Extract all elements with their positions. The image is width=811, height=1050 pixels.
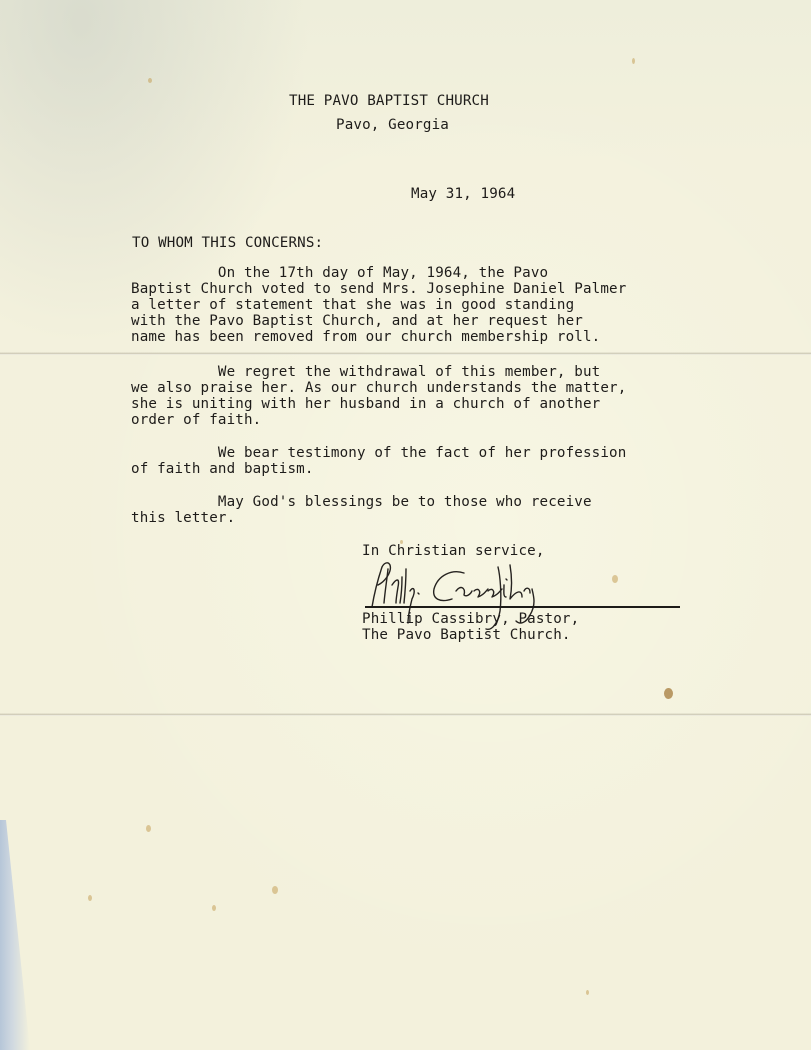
paragraph-line: we also praise her. As our church unders… [131,380,626,396]
underlying-page-edge [0,820,30,1050]
foxing-spot [612,575,618,583]
foxing-spot [146,825,151,832]
letter-date: May 31, 1964 [411,186,515,202]
foxing-spot [664,688,673,699]
fold-crease-upper [0,352,811,355]
paragraph-line: with the Pavo Baptist Church, and at her… [131,313,583,329]
paragraph-line: a letter of statement that she was in go… [131,297,574,313]
foxing-spot [88,895,92,901]
foxing-spot [148,78,152,83]
paragraph-line: Baptist Church voted to send Mrs. Joseph… [131,281,626,297]
signer-name-title: Phillip Cassibry, Pastor, [362,611,579,627]
paragraph-line: May God's blessings be to those who rece… [131,494,592,510]
paragraph-line: name has been removed from our church me… [131,329,600,345]
letterhead-location: Pavo, Georgia [336,117,449,133]
letterhead-organization: THE PAVO BAPTIST CHURCH [289,93,489,109]
foxing-spot [272,886,278,894]
paragraph-line: she is uniting with her husband in a chu… [131,396,600,412]
salutation: TO WHOM THIS CONCERNS: [132,235,323,251]
paragraph-line: On the 17th day of May, 1964, the Pavo [131,265,548,281]
paragraph-line: of faith and baptism. [131,461,314,477]
fold-crease-lower [0,713,811,716]
foxing-spot [632,58,635,64]
letter-page: THE PAVO BAPTIST CHURCH Pavo, Georgia Ma… [0,0,811,1050]
paragraph-line: order of faith. [131,412,261,428]
paragraph-line: We bear testimony of the fact of her pro… [131,445,626,461]
paragraph-line: this letter. [131,510,235,526]
paragraph-line: We regret the withdrawal of this member,… [131,364,600,380]
signer-organization: The Pavo Baptist Church. [362,627,571,643]
foxing-spot [212,905,216,911]
signature-line [365,606,680,608]
foxing-spot [586,990,589,995]
